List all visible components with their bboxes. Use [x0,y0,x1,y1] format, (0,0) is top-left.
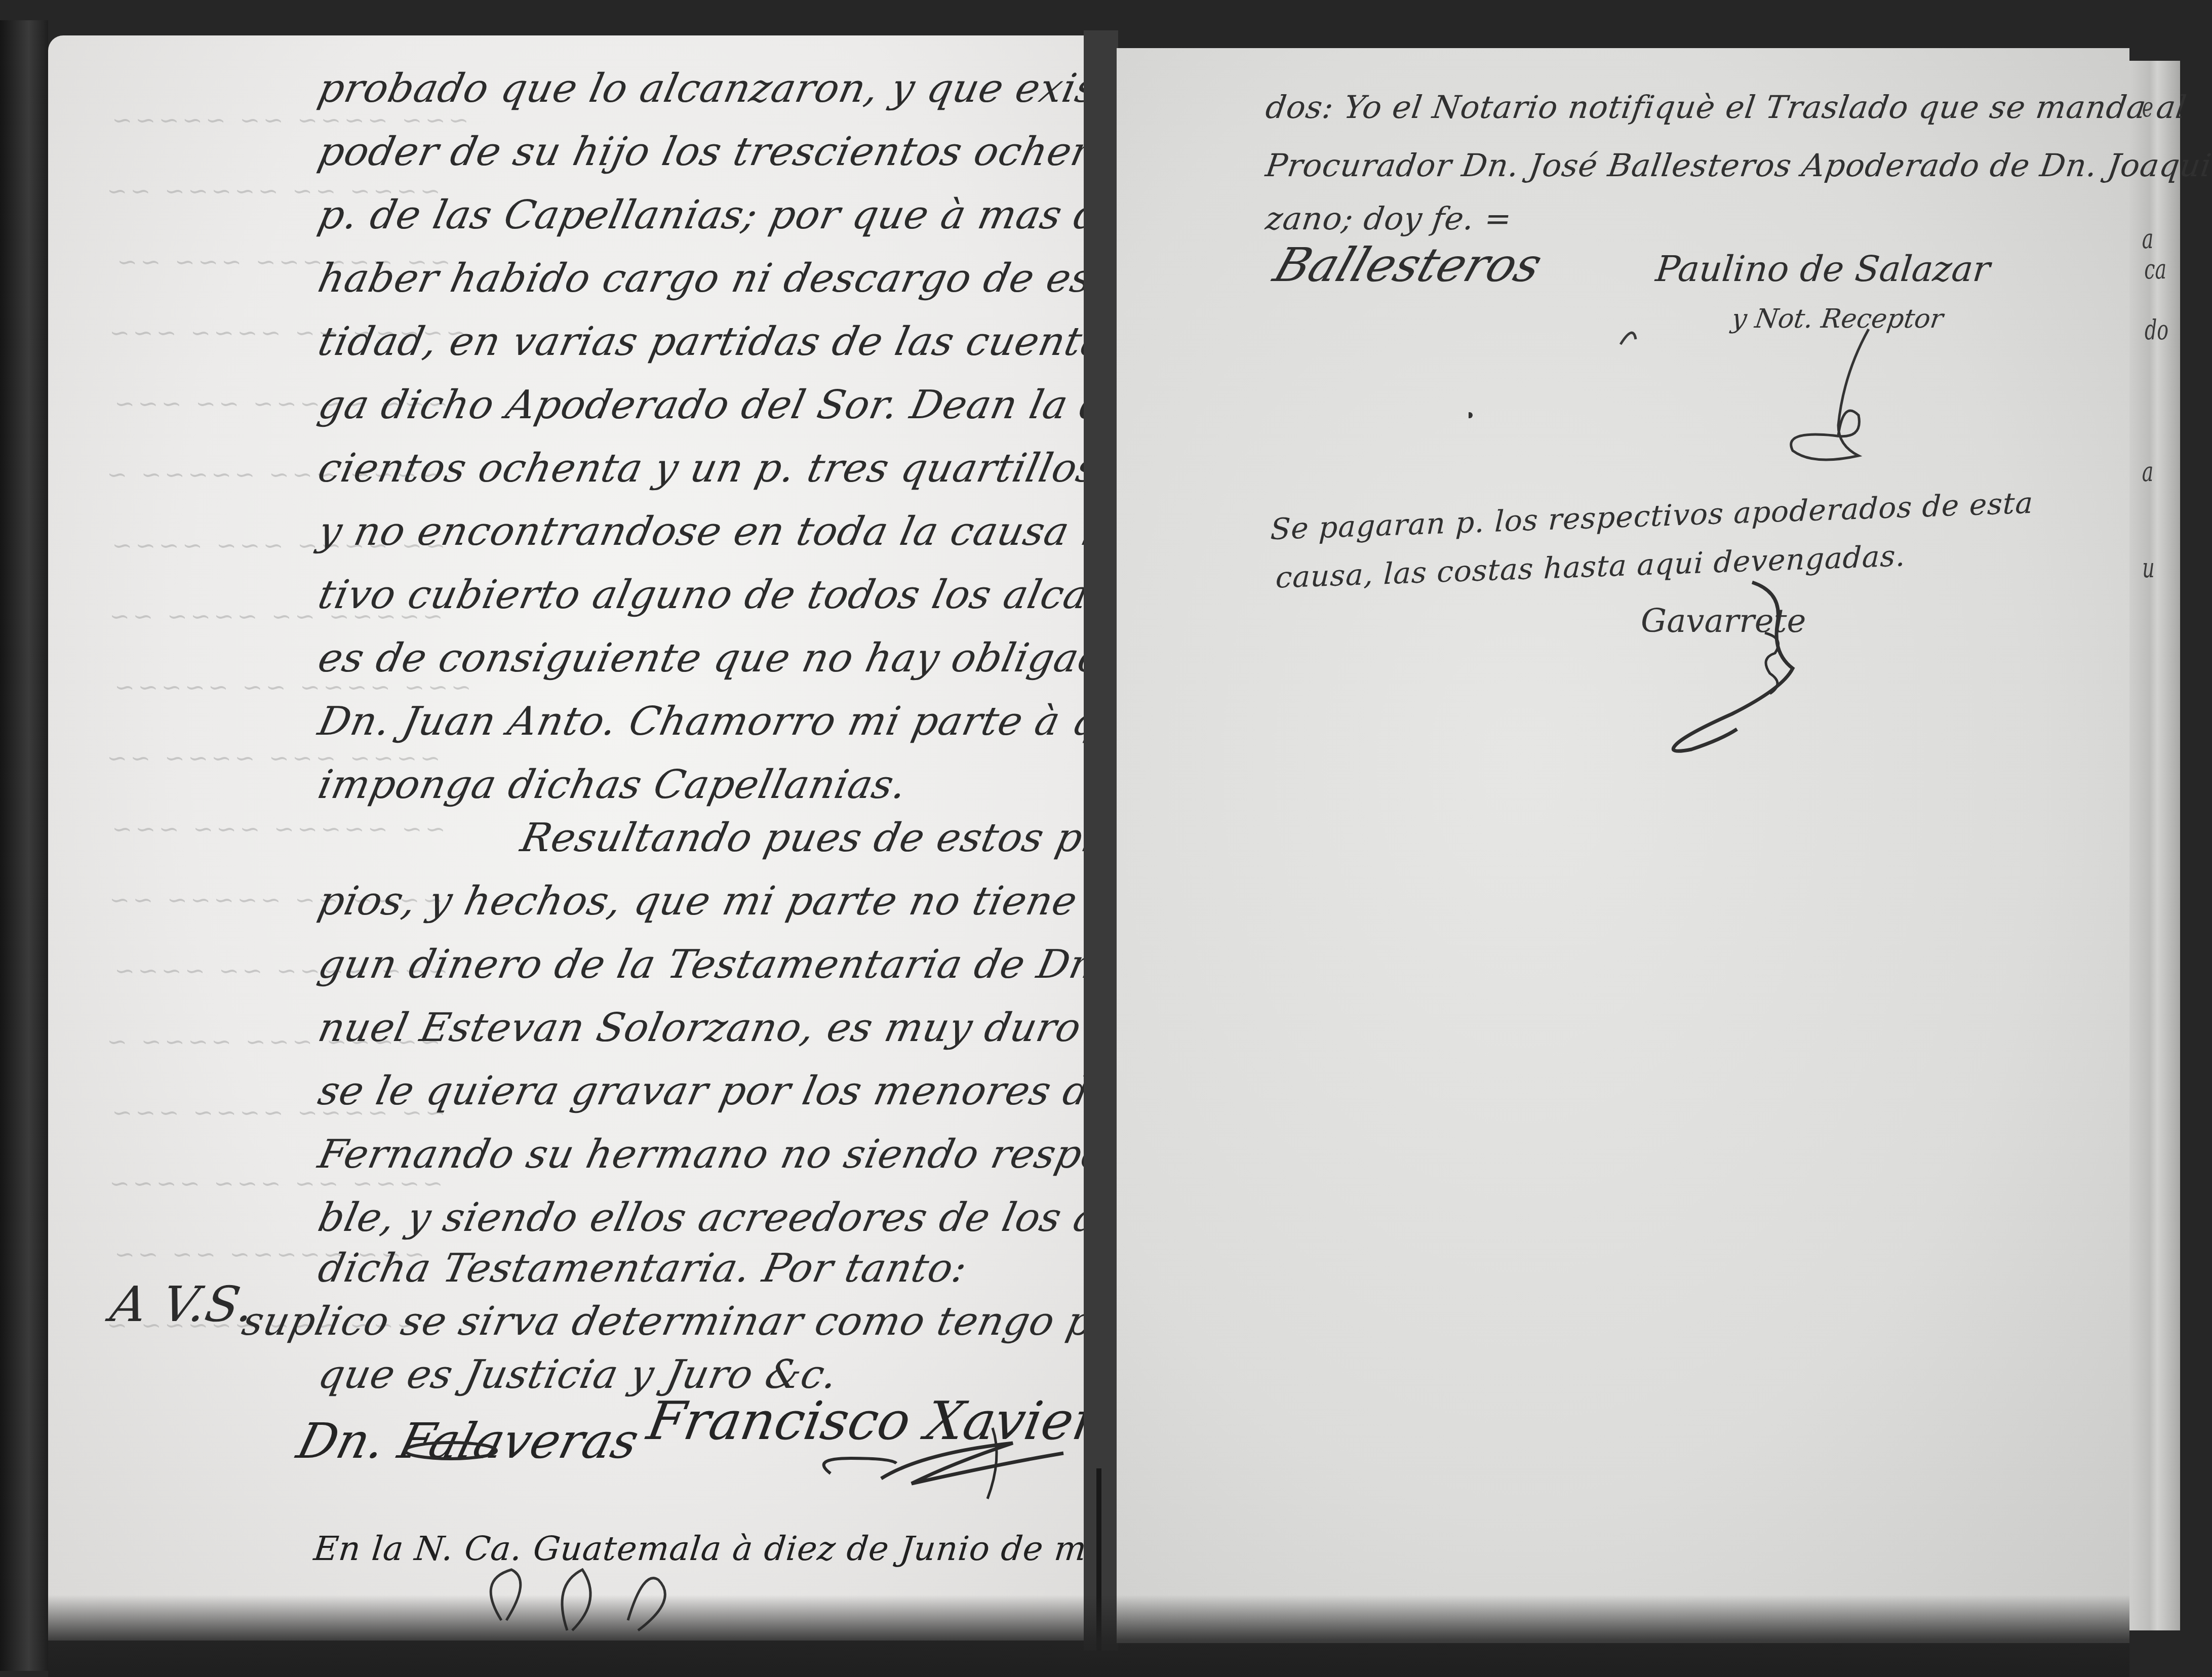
manuscript-line: p. de las Capellanias; por que à mas de … [314,192,1192,238]
edge-fragment: a [2142,223,2154,255]
manuscript-line: imponga dichas Capellanias. [314,762,911,808]
book-spine [1084,30,1118,1651]
notary-line: dos: Yo el Notario notifiquè el Traslado… [1263,89,2189,126]
book-binding-edge [0,20,48,1671]
edge-fragment: a [2142,456,2154,488]
decree-rubric-icon [1621,572,1874,754]
manuscript-line: Dn. Juan Anto. Chamorro mi parte à que [314,699,1153,744]
page-edge-stack [2129,61,2180,1630]
manuscript-line: nuel Estevan Solorzano, es muy duro qu [314,1005,1150,1051]
rubric-flourish-icon [1469,314,1975,516]
manuscript-line: Fernando su hermano no siendo responsa [314,1132,1181,1177]
signature-salazar: Paulino de Salazar [1654,248,1992,290]
scan-bottom-shadow [48,1595,2129,1677]
manuscript-line: ga dicho Apoderado del Sor. Dean la de t… [314,382,1207,428]
manuscript-line: se le quiera gravar por los menores de D… [314,1068,1202,1114]
notary-line: zano; doy fe. = [1263,200,1515,237]
edge-fragment: do [2145,314,2168,346]
bleed-through-text: ~~ ~~~~~ ~~~ ~~~ [109,815,446,844]
notary-line: Procurador Dn. José Ballesteros Apoderad… [1263,147,2212,184]
edge-fragment: ca [2144,253,2166,285]
manuscript-line: es de consiguiente que no hay obligacion… [314,635,1208,681]
edge-fragment: u [2142,552,2154,584]
manuscript-line: poder de su hijo los trescientos ochenta… [314,129,1217,175]
manuscript-paragraph-start: Resultando pues de estos princi [517,815,1181,861]
signature-ballesteros: Ballesteros [1268,238,1549,292]
manuscript-line: gun dinero de la Testamentaria de Dn. Jo [314,942,1167,987]
manuscript-line: pios, y hechos, que mi parte no tiene ni… [314,879,1159,924]
manuscript-line: y no encontrandose en toda la causa mo [314,509,1149,554]
manuscript-line: cientos ochenta y un p. tres quartillos … [314,446,1195,491]
margin-salutation: A V.S. [106,1276,259,1333]
manuscript-line: dicha Testamentaria. Por tanto: [314,1246,971,1291]
manuscript-line: tivo cubierto alguno de todos los alcanz… [314,572,1164,618]
petition-line: suplico se sirva determinar como tengo p… [238,1299,1211,1344]
manuscript-line: tidad, en varias partidas de las cuentas… [314,319,1181,365]
